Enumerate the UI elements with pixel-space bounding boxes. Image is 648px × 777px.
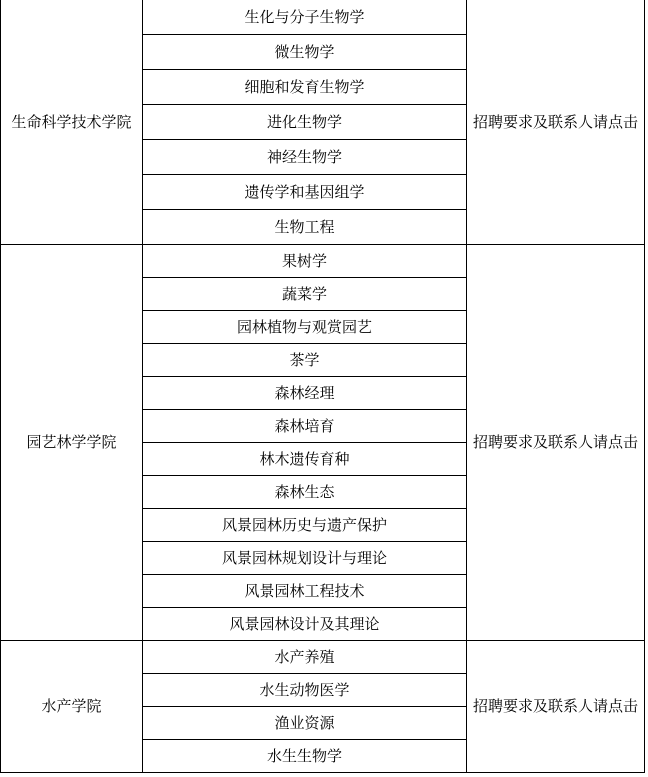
table-row: 水产学院水产养殖招聘要求及联系人请点击: [1, 641, 645, 674]
major-name: 渔业资源: [143, 707, 467, 740]
major-name: 森林生态: [143, 476, 467, 509]
major-name: 水产养殖: [143, 641, 467, 674]
major-name: 风景园林历史与遗产保护: [143, 509, 467, 542]
major-name: 生化与分子生物学: [143, 0, 467, 35]
major-name: 微生物学: [143, 35, 467, 70]
major-name: 森林培育: [143, 410, 467, 443]
major-name: 果树学: [143, 245, 467, 278]
major-name: 风景园林工程技术: [143, 575, 467, 608]
major-name: 茶学: [143, 344, 467, 377]
recruitment-info-link[interactable]: 招聘要求及联系人请点击: [467, 641, 645, 773]
major-name: 遗传学和基因组学: [143, 175, 467, 210]
major-name: 细胞和发育生物学: [143, 70, 467, 105]
major-name: 水生动物医学: [143, 674, 467, 707]
major-name: 蔬菜学: [143, 278, 467, 311]
major-name: 水生生物学: [143, 740, 467, 773]
major-name: 林木遗传育种: [143, 443, 467, 476]
table-body: 生命科学技术学院生化与分子生物学招聘要求及联系人请点击微生物学细胞和发育生物学进…: [1, 0, 645, 773]
recruitment-table: 生命科学技术学院生化与分子生物学招聘要求及联系人请点击微生物学细胞和发育生物学进…: [0, 0, 645, 773]
major-name: 风景园林设计及其理论: [143, 608, 467, 641]
major-name: 生物工程: [143, 210, 467, 245]
table-row: 生命科学技术学院生化与分子生物学招聘要求及联系人请点击: [1, 0, 645, 35]
major-name: 园林植物与观赏园艺: [143, 311, 467, 344]
major-name: 森林经理: [143, 377, 467, 410]
college-name: 水产学院: [1, 641, 143, 773]
college-name: 园艺林学学院: [1, 245, 143, 641]
major-name: 进化生物学: [143, 105, 467, 140]
major-name: 神经生物学: [143, 140, 467, 175]
table-row: 园艺林学学院果树学招聘要求及联系人请点击: [1, 245, 645, 278]
recruitment-info-link[interactable]: 招聘要求及联系人请点击: [467, 245, 645, 641]
college-name: 生命科学技术学院: [1, 0, 143, 245]
major-name: 风景园林规划设计与理论: [143, 542, 467, 575]
recruitment-info-link[interactable]: 招聘要求及联系人请点击: [467, 0, 645, 245]
